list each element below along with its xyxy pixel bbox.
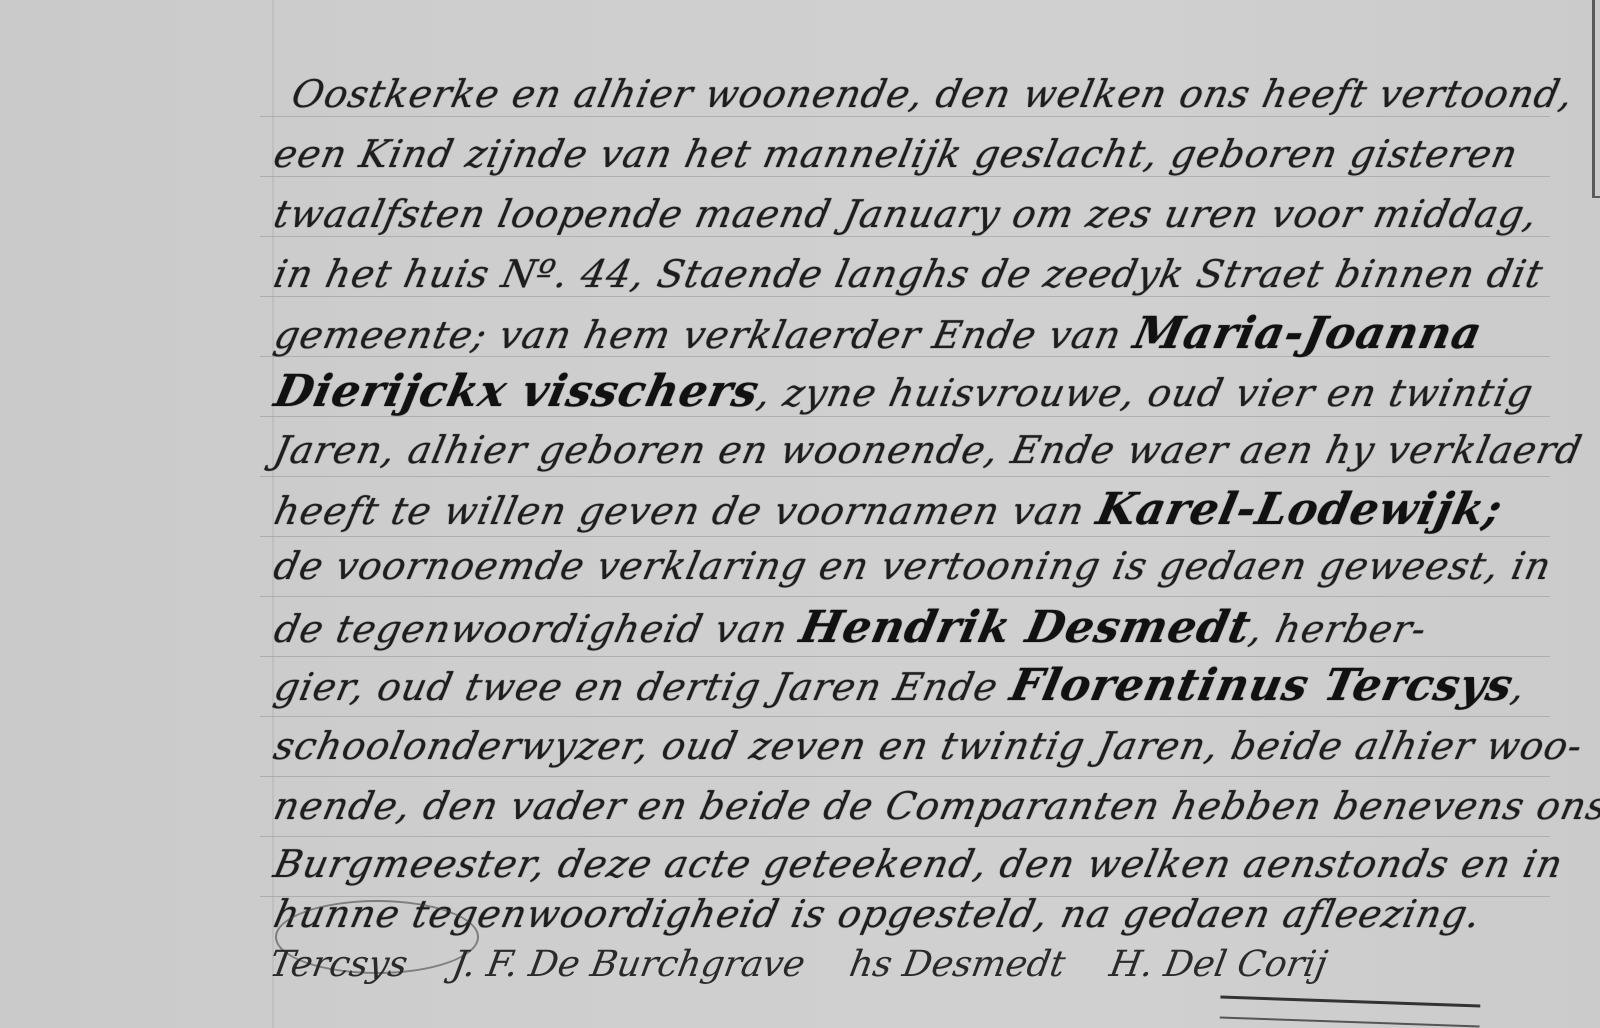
- text-line-14: Burgmeester, deze acte geteekend, den we…: [270, 842, 1567, 886]
- mother-name: Maria-Joanna: [1129, 308, 1487, 359]
- signature-underline: [1220, 995, 1481, 1027]
- signature-1: Tercsys: [266, 944, 410, 985]
- ruled-line: [260, 596, 1550, 597]
- text-line-1: Oostkerke en alhier woonende, den welken…: [288, 72, 1578, 116]
- page-edge: [1592, 0, 1595, 198]
- text-line-2: een Kind zijnde van het mannelijk geslac…: [270, 132, 1522, 176]
- signature-2: J. F. De Burchgrave: [449, 944, 808, 985]
- ruled-line: [260, 236, 1550, 237]
- ruled-line: [260, 296, 1550, 297]
- text-line-9: de voornoemde verklaring en vertooning i…: [270, 544, 1556, 588]
- mother-surname: Dierijckx visschers: [270, 366, 764, 417]
- ruled-line: [260, 656, 1550, 657]
- text-line-13: nende, den vader en beide de Comparanten…: [270, 784, 1600, 828]
- ruled-line: [260, 176, 1550, 177]
- text-line-7: Jaren, alhier geboren en woonende, Ende …: [270, 428, 1586, 472]
- text-line-8: heeft te willen geven de voornamen van K…: [270, 484, 1507, 535]
- signatures-row: Tercsys J. F. De Burchgrave hs Desmedt H…: [266, 944, 1364, 985]
- ruled-line: [260, 116, 1550, 117]
- text-line-4: in het huis Nº. 44, Staende langhs de ze…: [270, 252, 1547, 296]
- child-name: Karel-Lodewijk;: [1092, 484, 1507, 535]
- witness-1-name: Hendrik Desmedt: [795, 602, 1255, 653]
- text-line-10: de tegenwoordigheid van Hendrik Desmedt,…: [270, 602, 1432, 653]
- signature-4: H. Del Corij: [1107, 944, 1331, 985]
- text-line-3: twaalfsten loopende maend January om zes…: [270, 192, 1542, 236]
- ruled-line: [260, 836, 1550, 837]
- text-line-12: schoolonderwyzer, oud zeven en twintig J…: [270, 724, 1587, 768]
- register-page: Oostkerke en alhier woonende, den welken…: [0, 0, 1600, 1028]
- ruled-line: [260, 716, 1550, 717]
- ruled-line: [260, 536, 1550, 537]
- ruled-line: [260, 476, 1550, 477]
- witness-2-name: Florentinus Tercsys: [1006, 660, 1518, 711]
- signature-3: hs Desmedt: [846, 944, 1068, 985]
- text-line-5: gemeente; van hem verklaerder Ende van M…: [270, 308, 1487, 359]
- text-line-11: gier, oud twee en dertig Jaren Ende Flor…: [270, 660, 1531, 711]
- text-line-6: Dierijckx visschers, zyne huisvrouwe, ou…: [270, 366, 1539, 417]
- ruled-line: [260, 776, 1550, 777]
- page-edge-corner: [1592, 196, 1600, 198]
